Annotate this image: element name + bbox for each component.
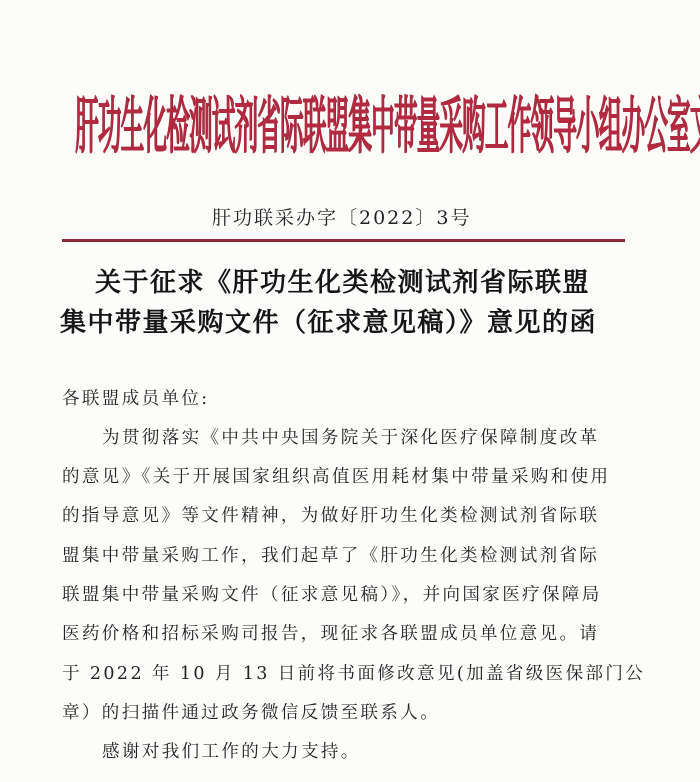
document-number: 肝功联采办字〔2022〕3号: [212, 203, 471, 230]
issuer-title: 肝功生化检测试剂省际联盟集中带量采购工作领导小组办公室文件: [75, 98, 700, 160]
body-line: 于 2022 年 10 月 13 日前将书面修改意见(加盖省级医保部门公: [62, 663, 645, 685]
red-divider-line: [62, 239, 625, 242]
body-line: 的意见》《关于开展国家组织高值医用耗材集中带量采购和使用: [62, 466, 610, 488]
salutation: 各联盟成员单位:: [62, 388, 210, 410]
document-page: 肝功生化检测试剂省际联盟集中带量采购工作领导小组办公室文件 肝功联采办字〔202…: [0, 0, 700, 782]
body-line: 盟集中带量采购工作，我们起草了《肝功生化类检测试剂省际: [62, 545, 599, 567]
subject-title-line-2: 集中带量采购文件（征求意见稿）》意见的函: [60, 302, 597, 339]
issuer-header: 肝功生化检测试剂省际联盟集中带量采购工作领导小组办公室文件: [75, 98, 607, 164]
body-line: 为贯彻落实《中共中央国务院关于深化医疗保障制度改革: [102, 427, 600, 449]
body-line: 的指导意见》等文件精神，为做好肝功生化类检测试剂省际联: [62, 505, 599, 527]
closing-line: 感谢对我们工作的大力支持。: [102, 741, 361, 763]
subject-title-line-1: 关于征求《肝功生化类检测试剂省际联盟: [95, 262, 590, 299]
body-line: 医药价格和招标采购司报告，现征求各联盟成员单位意见。请: [62, 623, 599, 645]
body-line: 章）的扫描件通过政务微信反馈至联系人。: [62, 702, 440, 724]
body-line: 联盟集中带量采购文件（征求意见稿）》，并向国家医疗保障局: [62, 584, 602, 606]
